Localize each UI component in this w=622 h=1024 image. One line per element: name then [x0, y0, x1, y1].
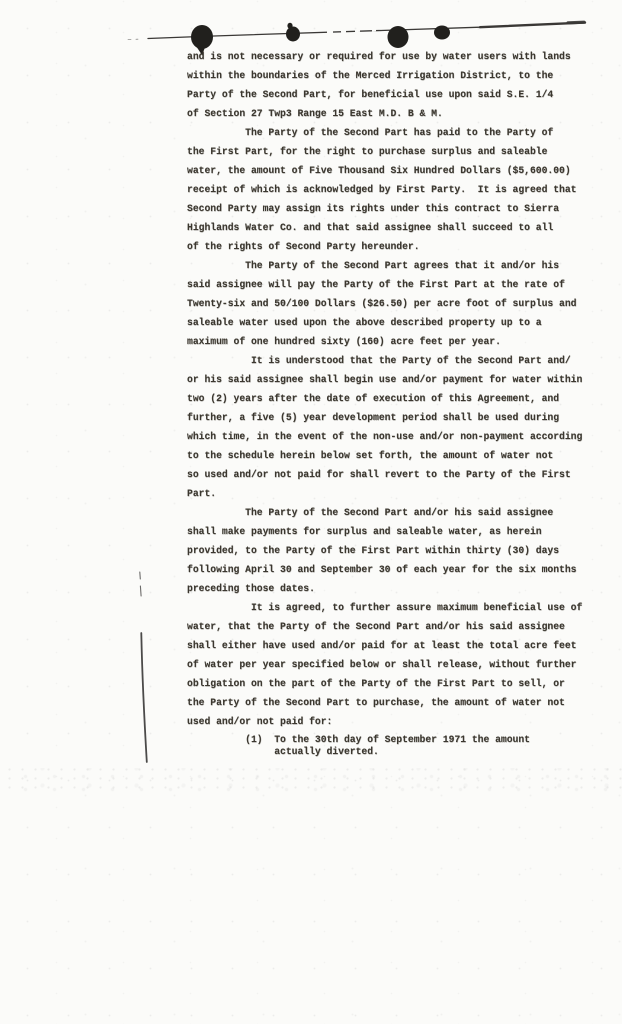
ink-blot-3 — [388, 26, 409, 48]
contract-paragraph-2: The Party of the Second Part has paid to… — [187, 123, 607, 256]
scanner-smudge-band — [0, 768, 622, 794]
scanned-document-page: and is not necessary or required for use… — [0, 0, 622, 1024]
ink-blot-2-tail — [287, 23, 292, 29]
contract-paragraph-6: It is agreed, to further assure maximum … — [187, 598, 607, 731]
ink-blot-4 — [434, 26, 450, 40]
handwritten-margin-line — [140, 572, 147, 762]
top-binding-rule — [128, 22, 585, 39]
contract-paragraph-5: The Party of the Second Part and/or his … — [187, 503, 607, 598]
contract-paragraph-1: and is not necessary or required for use… — [187, 47, 607, 123]
ink-blot-2 — [286, 27, 300, 42]
ink-blot-1 — [191, 25, 213, 49]
contract-text: and is not necessary or required for use… — [187, 47, 607, 758]
schedule-item-1: (1) To the 30th day of September 1971 th… — [187, 734, 607, 758]
contract-paragraph-4: It is understood that the Party of the S… — [187, 351, 607, 503]
margin-dash-marks — [140, 572, 141, 596]
contract-paragraph-3: The Party of the Second Part agrees that… — [187, 256, 607, 351]
rule-gaps — [327, 30, 376, 32]
